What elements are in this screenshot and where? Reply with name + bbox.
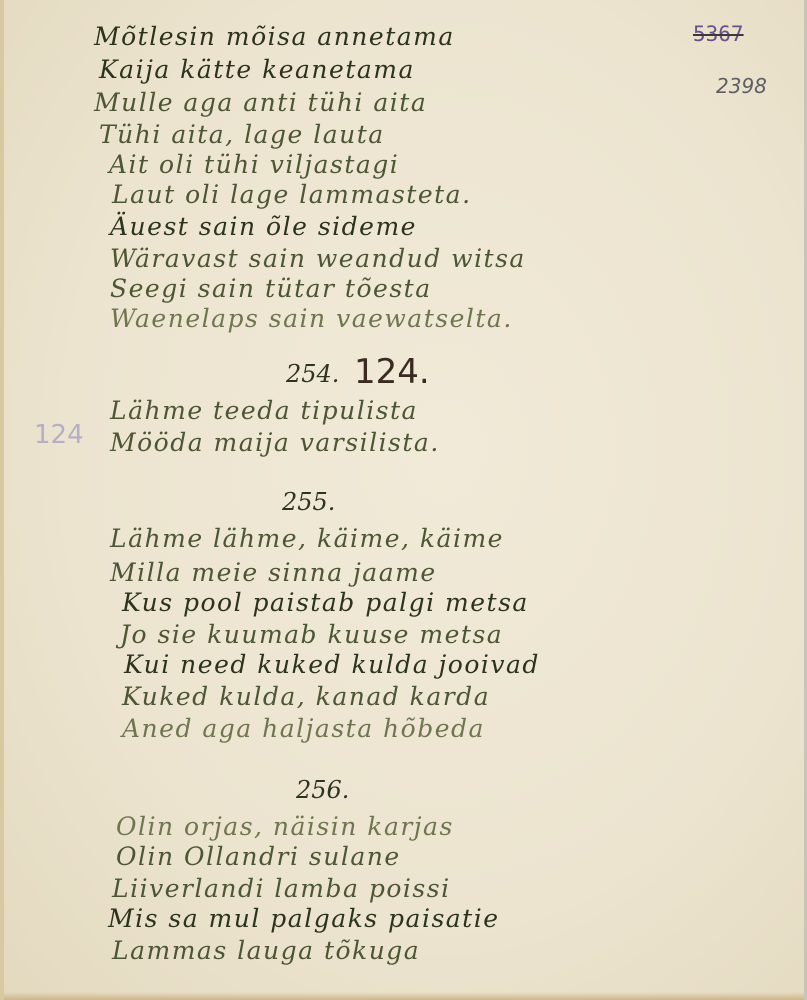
poem-number: 254. (286, 360, 339, 388)
margin-note: 124 (34, 420, 84, 450)
poem-line: Äuest sain õle sideme (110, 212, 417, 241)
poem-alt-number: 124. (354, 352, 430, 392)
manuscript-page: 5367 2398 Mõtlesin mõisa annetama Kaija … (0, 0, 807, 1000)
poem-line: Ait oli tühi viljastagi (109, 150, 399, 179)
poem-line: Aned aga haljasta hõbeda (122, 714, 485, 743)
poem-line: Jo sie kuumab kuuse metsa (120, 620, 503, 649)
poem-line: Mõtlesin mõisa annetama (94, 22, 455, 51)
poem-line: Liiverlandi lamba poissi (112, 874, 451, 903)
poem-line: Olin orjas, näisin karjas (116, 812, 454, 841)
catalog-number-new: 2398 (716, 74, 767, 98)
poem-line: Kui need kuked kulda jooivad (124, 650, 540, 679)
poem-line: Kuked kulda, kanad karda (122, 682, 490, 711)
poem-line: Seegi sain tütar tõesta (110, 274, 432, 303)
catalog-number-old: 5367 (693, 22, 744, 46)
poem-line: Olin Ollandri sulane (116, 842, 401, 871)
poem-number: 256. (296, 776, 349, 804)
poem-line: Mööda maija varsilista. (110, 428, 440, 457)
poem-line: Waenelaps sain vaewatselta. (110, 304, 513, 333)
poem-line: Lähme teeda tipulista (110, 396, 418, 425)
poem-line: Milla meie sinna jaame (110, 558, 437, 587)
poem-line: Mis sa mul palgaks paisatie (108, 904, 500, 933)
poem-line: Lähme lähme, käime, käime (110, 524, 504, 553)
poem-line: Lammas lauga tõkuga (112, 936, 420, 965)
poem-line: Tühi aita, lage lauta (99, 120, 385, 149)
poem-line: Mulle aga anti tühi aita (94, 88, 427, 117)
poem-line: Laut oli lage lammasteta. (112, 180, 472, 209)
poem-line: Kaija kätte keanetama (99, 55, 415, 84)
poem-line: Kus pool paistab palgi metsa (122, 588, 529, 617)
poem-line: Wäravast sain weandud witsa (110, 244, 526, 273)
poem-number: 255. (282, 488, 335, 516)
